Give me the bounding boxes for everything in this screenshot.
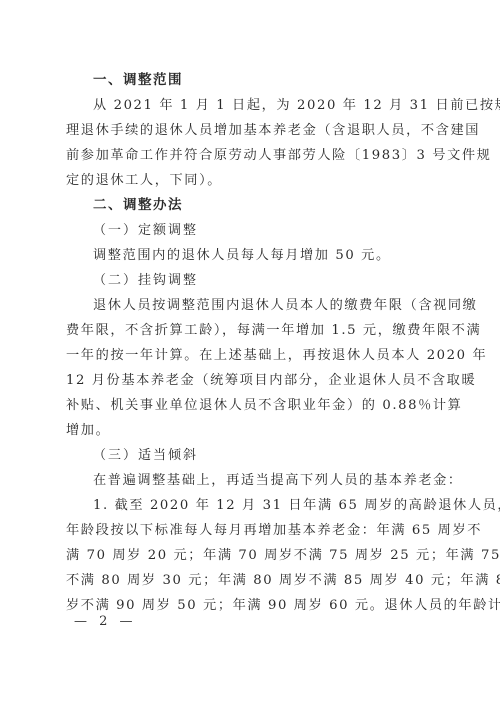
paragraph-line: 年龄段按以下标准每人每月再增加基本养老金：年满 65 周岁不 — [66, 518, 436, 543]
paragraph-line: 前参加革命工作并符合原劳动人事部劳人险〔1983〕3 号文件规 — [66, 143, 436, 168]
page-number: — 2 — — [74, 614, 137, 629]
section-heading-scope: 一、调整范围 — [66, 68, 436, 93]
paragraph-line: 不满 80 周岁 30 元；年满 80 周岁不满 85 周岁 40 元；年满 8… — [66, 568, 436, 593]
paragraph-line: 满 70 周岁 20 元；年满 70 周岁不满 75 周岁 25 元；年满 75… — [66, 543, 436, 568]
paragraph-line: 调整范围内的退休人员每人每月增加 50 元。 — [66, 243, 436, 268]
paragraph-line: 补贴、机关事业单位退休人员不含职业年金）的 0.88％计算 — [66, 393, 436, 418]
paragraph-line: 增加。 — [66, 418, 436, 443]
paragraph-line: 在普遍调整基础上，再适当提高下列人员的基本养老金： — [66, 468, 436, 493]
section-heading-method: 二、调整办法 — [66, 193, 436, 218]
paragraph-line: 退休人员按调整范围内退休人员本人的缴费年限（含视同缴 — [66, 293, 436, 318]
document-page: 一、调整范围 从 2021 年 1 月 1 日起，为 2020 年 12 月 3… — [66, 68, 436, 618]
paragraph-line: 费年限，不含折算工龄），每满一年增加 1.5 元，缴费年限不满 — [66, 318, 436, 343]
paragraph-line: 定的退休工人，下同）。 — [66, 168, 436, 193]
paragraph-line: 从 2021 年 1 月 1 日起，为 2020 年 12 月 31 日前已按规… — [66, 93, 436, 118]
subsection-heading-fixed: （一）定额调整 — [66, 218, 436, 243]
subsection-heading-tilt: （三）适当倾斜 — [66, 443, 436, 468]
subsection-heading-linked: （二）挂钩调整 — [66, 268, 436, 293]
paragraph-line: 12 月份基本养老金（统筹项目内部分，企业退休人员不含取暖 — [66, 368, 436, 393]
paragraph-line: 一年的按一年计算。在上述基础上，再按退休人员本人 2020 年 — [66, 343, 436, 368]
paragraph-line: 1. 截至 2020 年 12 月 31 日年满 65 周岁的高龄退休人员，分 — [66, 493, 436, 518]
paragraph-line: 理退休手续的退休人员增加基本养老金（含退职人员，不含建国 — [66, 118, 436, 143]
